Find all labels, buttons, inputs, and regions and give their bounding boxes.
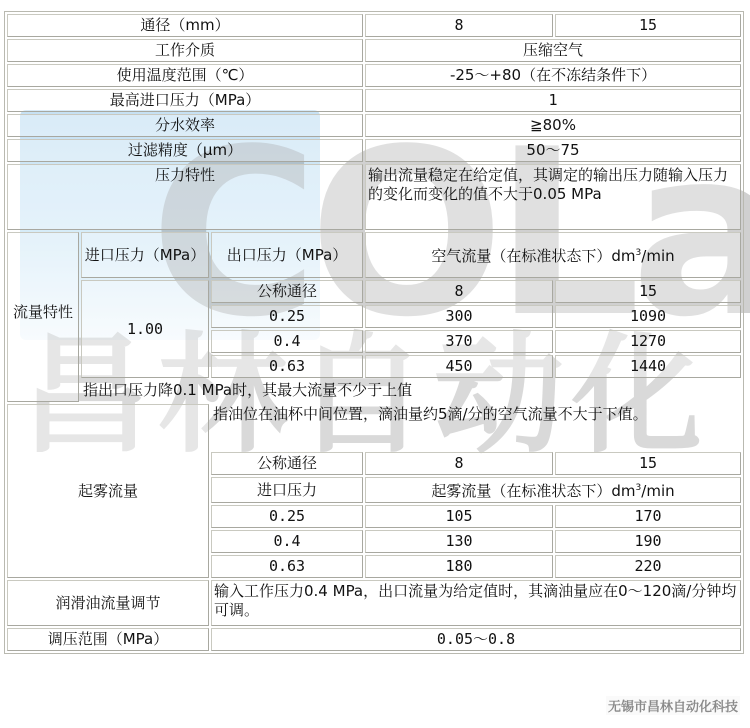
- reg-range-label: 调压范围（MPa）: [7, 628, 209, 651]
- flow-nominal-label: 公称通径: [211, 280, 363, 303]
- brand-watermark-text: 无锡市昌林自动化科技: [606, 696, 740, 715]
- flow-inlet-value: 1.00: [81, 280, 209, 378]
- pressure-char-label: 压力特性: [7, 164, 363, 230]
- flow-nominal-15: 15: [555, 280, 741, 303]
- mist-value-15: 190: [555, 530, 741, 553]
- flow-outlet-header: 出口压力（MPa）: [211, 232, 363, 278]
- pressure-char-value: 输出流量稳定在给定值，其调定的输出压力随输入压力的变化而变化的值不大于0.05 …: [365, 164, 741, 230]
- mist-inlet-label: 进口压力: [211, 477, 363, 503]
- row-lube: 润滑油流量调节 输入工作压力0.4 MPa，出口流量为给定值时，其滴油量应在0～…: [7, 580, 741, 626]
- row-bore: 通径（mm） 8 15: [7, 14, 741, 37]
- mist-inlet-value: 0.63: [211, 555, 363, 578]
- mist-value-15: 170: [555, 505, 741, 528]
- flow-note-row: 指出口压力降0.1 MPa时，其最大流量不少于上值: [7, 380, 741, 402]
- mist-value-8: 180: [365, 555, 553, 578]
- water-sep-value: ≧80%: [365, 114, 741, 137]
- mist-inlet-value: 0.25: [211, 505, 363, 528]
- row-reg-range: 调压范围（MPa） 0.05～0.8: [7, 628, 741, 651]
- mist-inlet-value: 0.4: [211, 530, 363, 553]
- bore-label: 通径（mm）: [7, 14, 363, 37]
- mist-flow-label: 起雾流量: [7, 404, 209, 578]
- mist-note-row: 起雾流量 指油位在油杯中间位置，滴油量约5滴/分的空气流量不大于下值。: [7, 404, 741, 450]
- max-inlet-label: 最高进口压力（MPa）: [7, 89, 363, 112]
- flow-outlet-value: 0.63: [211, 355, 363, 378]
- filter-value: 50～75: [365, 139, 741, 162]
- flow-outlet-value: 0.4: [211, 330, 363, 353]
- temp-value: -25～+80（在不冻结条件下）: [365, 64, 741, 87]
- bore-8: 8: [365, 14, 553, 37]
- medium-value: 压缩空气: [365, 39, 741, 62]
- mist-flow-header-text: 起雾流量（在标准状态下）dm: [431, 482, 635, 500]
- flow-value-8: 370: [365, 330, 553, 353]
- temp-label: 使用温度范围（℃）: [7, 64, 363, 87]
- flow-note: 指出口压力降0.1 MPa时，其最大流量不少于上值: [81, 380, 553, 402]
- flow-air-header-unit: /min: [641, 247, 674, 265]
- flow-value-8: 450: [365, 355, 553, 378]
- flow-nominal-8: 8: [365, 280, 553, 303]
- water-sep-label: 分水效率: [7, 114, 363, 137]
- mist-nominal-label: 公称通径: [211, 452, 363, 475]
- row-filter: 过滤精度（μm） 50～75: [7, 139, 741, 162]
- flow-inlet-header: 进口压力（MPa）: [81, 232, 209, 278]
- flow-air-header-text: 空气流量（在标准状态下）dm: [431, 247, 635, 265]
- flow-outlet-value: 0.25: [211, 305, 363, 328]
- medium-label: 工作介质: [7, 39, 363, 62]
- flow-char-label: 流量特性: [7, 232, 79, 402]
- mist-note: 指油位在油杯中间位置，滴油量约5滴/分的空气流量不大于下值。: [211, 404, 741, 450]
- row-pressure-char: 压力特性 输出流量稳定在给定值，其调定的输出压力随输入压力的变化而变化的值不大于…: [7, 164, 741, 230]
- row-medium: 工作介质 压缩空气: [7, 39, 741, 62]
- flow-value-15: 1440: [555, 355, 741, 378]
- max-inlet-value: 1: [365, 89, 741, 112]
- mist-nominal-8: 8: [365, 452, 553, 475]
- flow-value-8: 300: [365, 305, 553, 328]
- row-temp: 使用温度范围（℃） -25～+80（在不冻结条件下）: [7, 64, 741, 87]
- mist-value-8: 130: [365, 530, 553, 553]
- spec-table: 通径（mm） 8 15 工作介质 压缩空气 使用温度范围（℃） -25～+80（…: [4, 11, 744, 654]
- lube-value: 输入工作压力0.4 MPa，出口流量为给定值时，其滴油量应在0～120滴/分钟均…: [211, 580, 741, 626]
- mist-value-8: 105: [365, 505, 553, 528]
- mist-value-15: 220: [555, 555, 741, 578]
- flow-air-header: 空气流量（在标准状态下）dm3/min: [365, 232, 741, 278]
- flow-value-15: 1270: [555, 330, 741, 353]
- mist-flow-header-unit: /min: [641, 482, 674, 500]
- mist-flow-header: 起雾流量（在标准状态下）dm3/min: [365, 477, 741, 503]
- flow-value-15: 1090: [555, 305, 741, 328]
- flow-nominal-row: 1.00 公称通径 8 15: [7, 280, 741, 303]
- flow-header-row: 流量特性 进口压力（MPa） 出口压力（MPa） 空气流量（在标准状态下）dm3…: [7, 232, 741, 278]
- lube-label: 润滑油流量调节: [7, 580, 209, 626]
- reg-range-value: 0.05～0.8: [211, 628, 741, 651]
- mist-nominal-15: 15: [555, 452, 741, 475]
- filter-label: 过滤精度（μm）: [7, 139, 363, 162]
- row-max-inlet: 最高进口压力（MPa） 1: [7, 89, 741, 112]
- bore-15: 15: [555, 14, 741, 37]
- row-water-sep: 分水效率 ≧80%: [7, 114, 741, 137]
